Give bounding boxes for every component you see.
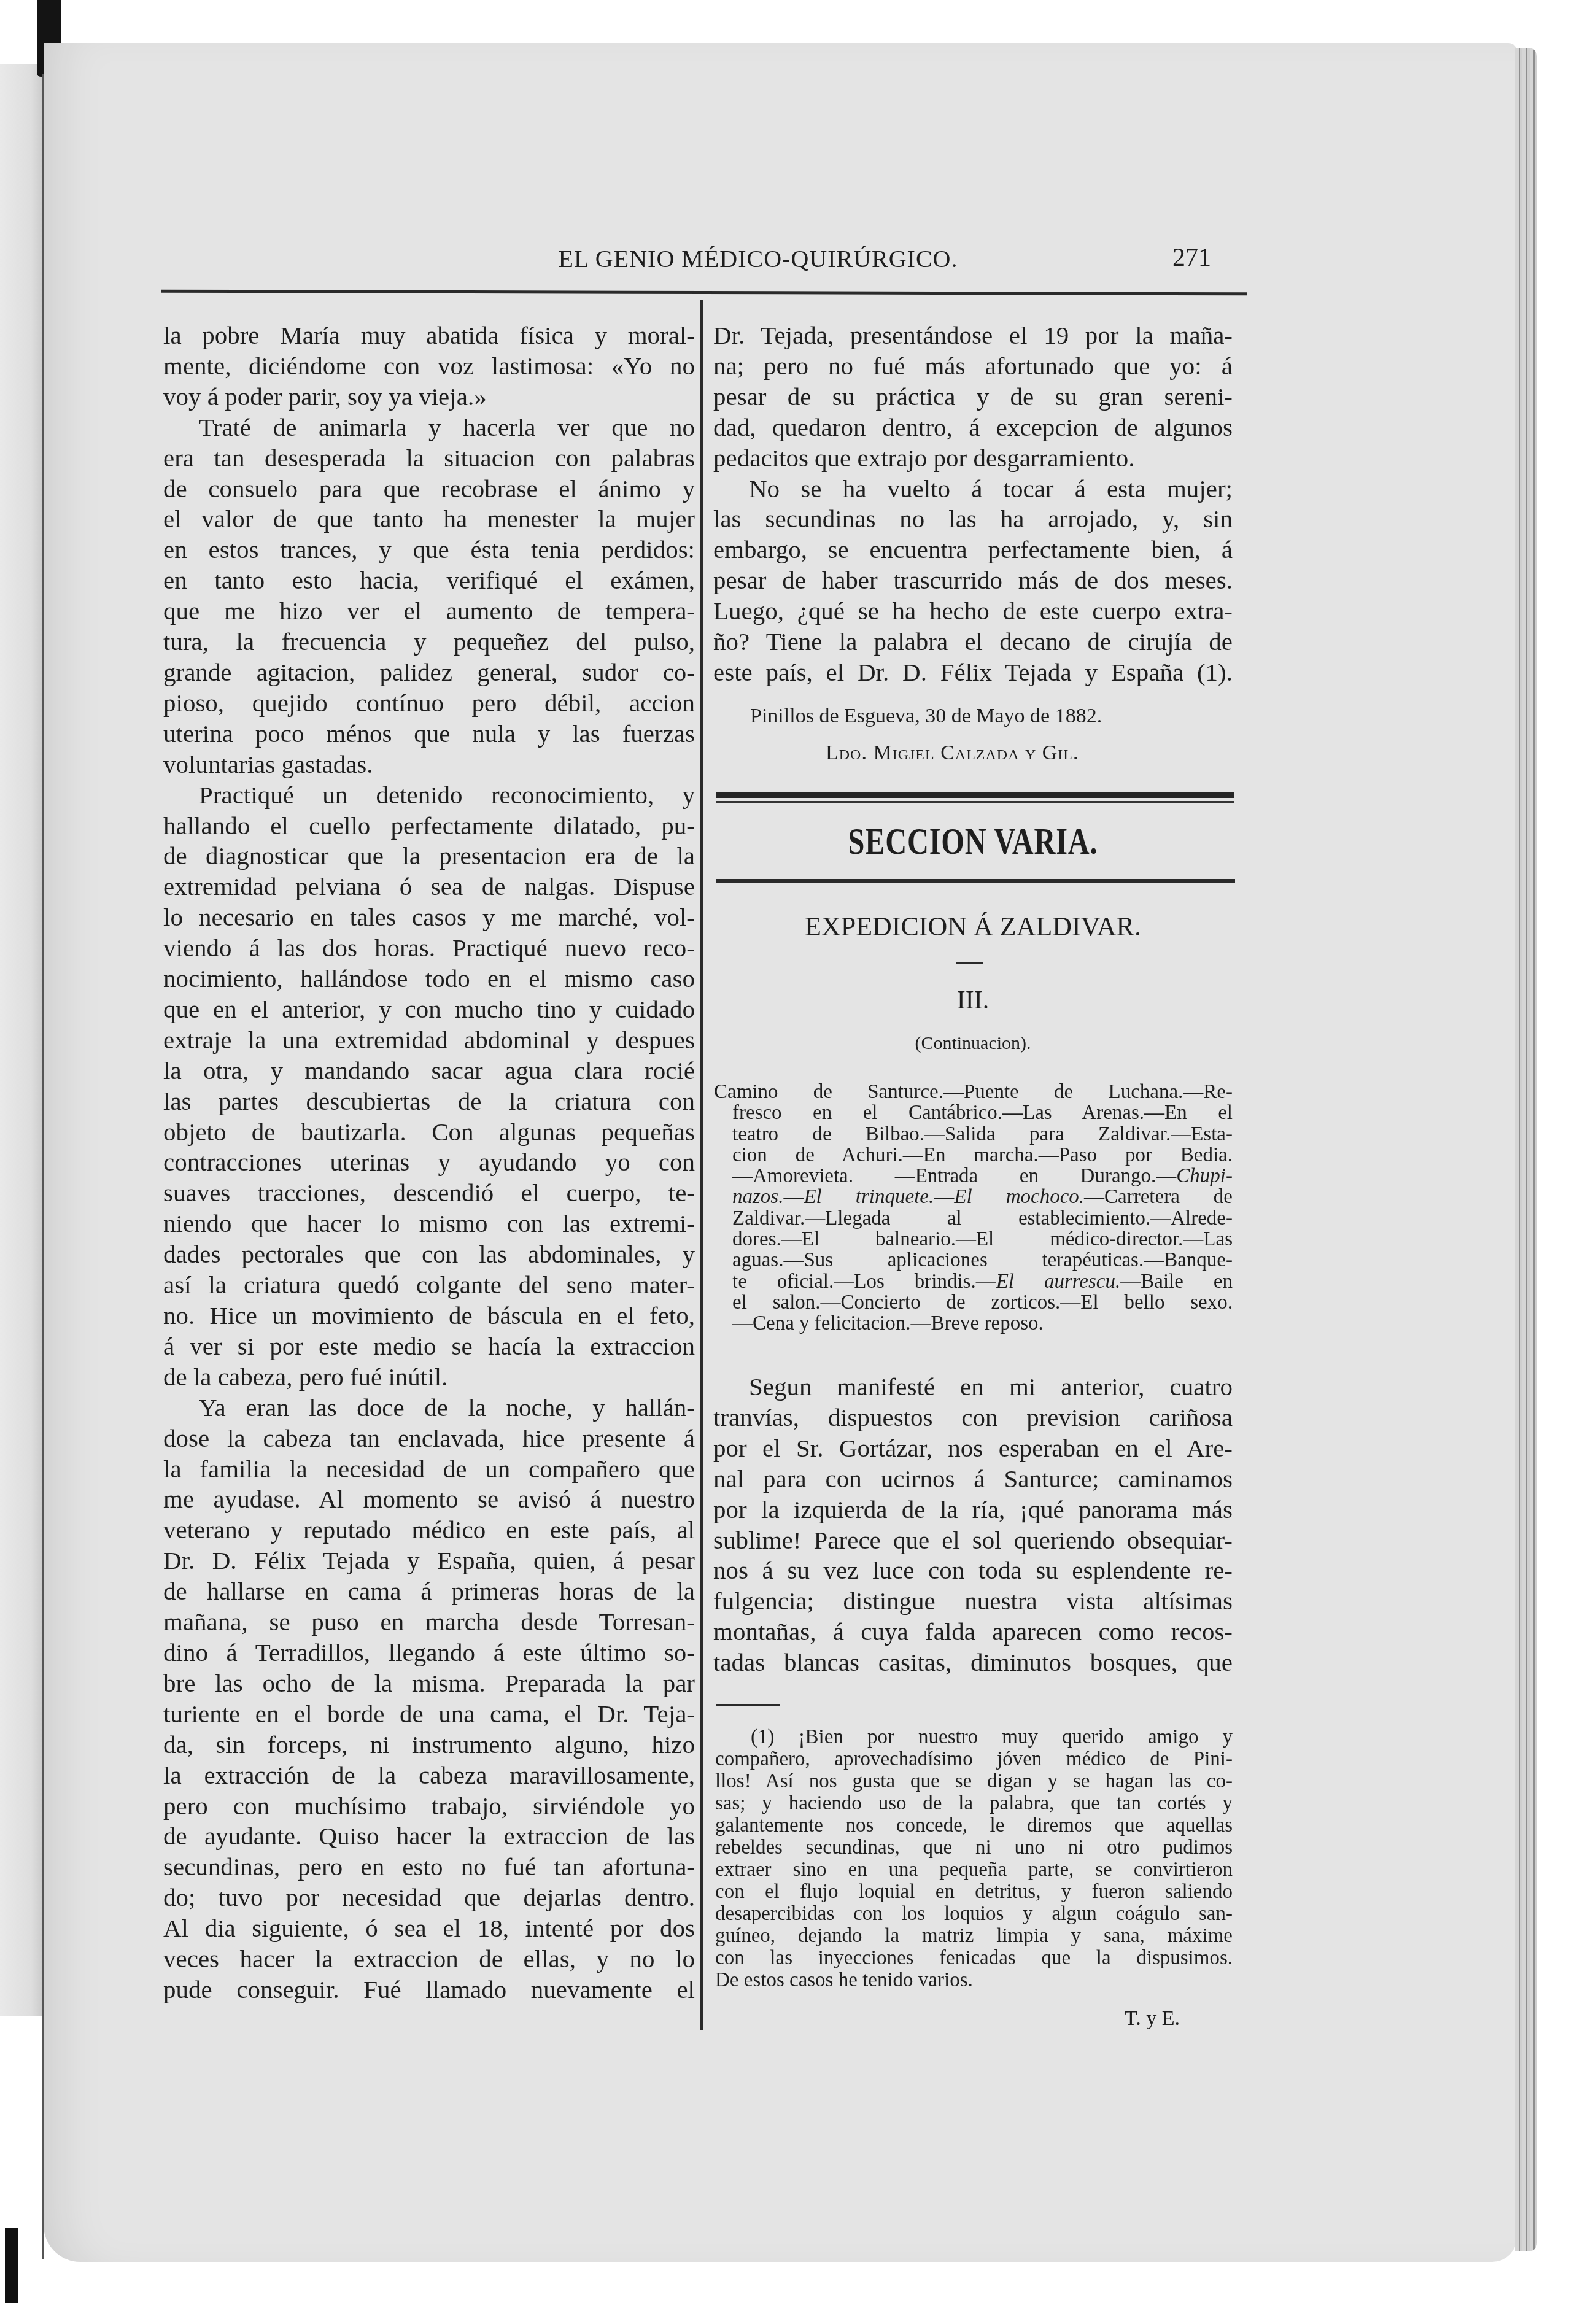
summary-line: Camino de Santurce.—Puente de Luchana.—R… [714,1082,1233,1102]
text-line: secundinas, pero en esto no fué tan afor… [163,1852,695,1883]
section-rule [716,879,1235,883]
right-column-top: Dr. Tejada, presentándose el 19 por la m… [713,320,1233,688]
text-line: de la cabeza, pero fué inútil. [163,1362,695,1393]
summary-line: —Amorevieta. —Entrada en Durango.—Chupi- [714,1166,1233,1186]
text-line: nos á su vez luce con toda su esplendent… [713,1555,1233,1586]
text-line: viendo á las dos horas. Practiqué nuevo … [163,933,695,964]
text-line: ño? Tiene la palabra el decano de cirují… [713,627,1233,657]
summary-text: Camino de Santurce.—Puente de Luchana.—R… [714,1081,1233,1103]
summary-text: — [934,1186,954,1208]
running-title: EL GENIO MÉDICO-QUIRÚRGICO. [558,244,958,273]
text-line: na; pero no fué más afortunado que yo: á [713,351,1233,382]
text-line: la familia la necesidad de un compañero … [163,1454,695,1485]
text-line: grande agitacion, palidez general, sudor… [163,657,695,688]
text-line: que me hizo ver el aumento de tempera- [163,596,695,627]
previous-page-edge [0,64,44,2016]
right-column-body: Segun manifesté en mi anterior, cuatrotr… [713,1372,1233,1678]
text-line: pioso, quejido contínuo pero débil, acci… [163,688,695,719]
text-line: rebeldes secundinas, que ni uno ni otro … [715,1837,1233,1859]
text-line: dino á Terradillos, llegando á este últi… [163,1638,695,1668]
text-line: da, sin forceps, ni instrumento alguno, … [163,1730,695,1760]
text-line: tranvías, dispuestos con prevision cariñ… [713,1403,1233,1433]
text-line: uterina poco ménos que nula y las fuerza… [163,719,695,749]
text-line: las secundinas no las ha arrojado, y, si… [713,504,1233,535]
text-line: dad, quedaron dentro, á excepcion de alg… [713,412,1233,443]
text-line: extraje la una extremidad abdominal y de… [163,1025,695,1056]
summary-line: cion de Achuri.—En marcha.—Paso por Bedi… [714,1145,1233,1166]
summary-line: Zaldivar.—Llegada al establecimiento.—Al… [714,1208,1233,1229]
left-column: la pobre María muy abatida física y mora… [163,320,695,2005]
italic-term: El mochoco. [954,1186,1084,1208]
text-line: me ayudase. Al momento se avisó á nuestr… [163,1484,695,1515]
text-line: guíneo, dejando la matriz limpia y sana,… [715,1925,1233,1947]
bookmark-ribbon-bottom [5,2228,18,2303]
summary-text: fresco en el Cantábrico.—Las Arenas.—En … [732,1102,1233,1124]
summary-line: fresco en el Cantábrico.—Las Arenas.—En … [714,1102,1233,1123]
italic-term: Chupi- [1176,1165,1233,1187]
italic-term: El aurrescu. [996,1271,1121,1293]
text-line: tura, la frecuencia y pequeñez del pulso… [163,627,695,657]
section-double-rule-thick [716,792,1234,798]
summary-text: Zaldivar.—Llegada al establecimiento.—Al… [732,1207,1233,1229]
text-line: este país, el Dr. D. Félix Tejada y Espa… [713,657,1233,688]
text-line: el valor de que tanto ha menester la muj… [163,504,695,535]
text-line: De estos casos he tenido varios. [715,1969,1233,1991]
text-line: Segun manifesté en mi anterior, cuatro [713,1372,1233,1403]
summary-text: aguas.—Sus aplicaciones terapéuticas.—Ba… [732,1249,1233,1271]
summary-text: —Carretera de [1084,1186,1233,1208]
text-line: embargo, se encuentra perfectamente bien… [713,535,1233,565]
text-line: de hallarse en cama á primeras horas de … [163,1576,695,1607]
continuation-note: (Continuacion). [713,1033,1233,1054]
text-line: mente, diciéndome con voz lastimosa: «Yo… [163,351,695,382]
text-line: bre las ocho de la misma. Preparada la p… [163,1668,695,1699]
summary-line: —Cena y felicitacion.—Breve reposo. [714,1313,1233,1334]
text-line: dose la cabeza tan enclavada, hice prese… [163,1423,695,1454]
text-line: la pobre María muy abatida física y mora… [163,320,695,351]
text-line: nocimiento, hallándose todo en el mismo … [163,964,695,994]
text-line: niendo que hacer lo mismo con las extrem… [163,1209,695,1239]
summary-text: — [783,1186,804,1208]
author-signature: Ldo. Migjel Calzada y Gil. [826,741,1079,765]
text-line: en estos trances, y que ésta tenia perdi… [163,535,695,565]
dateline: Pinillos de Esgueva, 30 de Mayo de 1882. [750,705,1102,728]
title-short-rule [956,962,983,964]
text-line: tadas blancas casitas, diminutos bosques… [713,1647,1233,1678]
text-line: Al dia siguiente, ó sea el 18, intenté p… [163,1913,695,1944]
text-line: llos! Así nos gusta que se digan y se ha… [715,1770,1233,1792]
text-line: la extracción de la cabeza maravillosame… [163,1760,695,1791]
footnote-rule [716,1704,780,1706]
text-line: de ayudante. Quiso hacer la extraccion d… [163,1821,695,1852]
summary-text: —Cena y felicitacion.—Breve reposo. [732,1312,1044,1334]
part-number: III. [713,986,1233,1015]
text-line: por el Sr. Gortázar, nos esperaban en el… [713,1433,1233,1464]
text-line: dades pectorales que con las abdominales… [163,1239,695,1270]
text-line: á ver si por este medio se hacía la extr… [163,1331,695,1362]
text-line: sas; y haciendo uso de la palabra, que t… [715,1792,1233,1814]
text-line: do; tuvo por necesidad que dejarlas dent… [163,1883,695,1913]
text-line: pesar de haber trascurrido más de dos me… [713,565,1233,596]
text-line: veces hacer la extraccion de ellas, y no… [163,1944,695,1975]
footnote: (1) ¡Bien por nuestro muy querido amigo … [715,1726,1233,1991]
text-line: turiente en el borde de una cama, el Dr.… [163,1699,695,1730]
text-line: era tan desesperada la situacion con pal… [163,443,695,474]
text-line: Luego, ¿qué se ha hecho de este cuerpo e… [713,596,1233,627]
text-line: (1) ¡Bien por nuestro muy querido amigo … [715,1726,1233,1748]
summary-text: cion de Achuri.—En marcha.—Paso por Bedi… [732,1144,1233,1166]
text-line: en tanto esto hacia, verifiqué el exámen… [163,565,695,596]
summary-text: —Amorevieta. —Entrada en Durango.— [732,1165,1176,1187]
column-divider [700,300,703,2030]
text-line: compañero, aprovechadísimo jóven médico … [715,1748,1233,1770]
text-line: pedacitos que extrajo por desgarramiento… [713,443,1233,474]
italic-term: nazos. [732,1186,783,1208]
text-line: lo necesario en tales casos y me marché,… [163,902,695,933]
text-line: No se ha vuelto á tocar á esta mujer; [713,474,1233,505]
footnote-signature: T. y E. [1125,2007,1180,2030]
summary-text: teatro de Bilbao.—Salida para Zaldivar.—… [732,1123,1233,1145]
summary-line: te oficial.—Los brindis.—El aurrescu.—Ba… [714,1271,1233,1292]
text-line: voy á poder parir, soy ya vieja.» [163,382,695,412]
text-line: Dr. D. Félix Tejada y España, quien, á p… [163,1546,695,1576]
text-line: pude conseguir. Fué llamado nuevamente e… [163,1975,695,2005]
summary-line: el salon.—Concierto de zorticos.—El bell… [714,1292,1233,1313]
text-line: con el flujo loquial en detritus, y fuer… [715,1881,1233,1903]
text-line: mañana, se puso en marcha desde Torresan… [163,1607,695,1638]
text-line: pesar de su práctica y de su gran sereni… [713,382,1233,412]
summary-text: dores.—El balneario.—El médico-director.… [732,1228,1233,1250]
text-line: veterano y reputado médico en este país,… [163,1515,695,1546]
text-line: la otra, y mandando sacar agua clara roc… [163,1056,695,1086]
text-line: pero con muchísimo trabajo, sirviéndole … [163,1791,695,1822]
text-line: desapercibidas con los loquios y algun c… [715,1903,1233,1925]
article-summary: Camino de Santurce.—Puente de Luchana.—R… [714,1082,1233,1334]
text-line: montañas, á cuya falda aparecen como rec… [713,1617,1233,1647]
text-line: no. Hice un movimiento de báscula en el … [163,1301,695,1331]
text-line: fulgencia; distingue nuestra vista altís… [713,1586,1233,1617]
text-line: extraer sino en una pequeña parte, se co… [715,1859,1233,1881]
text-line: galantemente nos concede, le diremos que… [715,1814,1233,1837]
text-line: que en el anterior, y con mucho tino y c… [163,994,695,1025]
text-line: Dr. Tejada, presentándose el 19 por la m… [713,320,1233,351]
text-line: voluntarias gastadas. [163,749,695,780]
page-number: 271 [1172,243,1211,273]
section-title: SECCION VARIA. [770,820,1176,864]
text-line: así la criatura quedó colgante del seno … [163,1270,695,1301]
summary-line: aguas.—Sus aplicaciones terapéuticas.—Ba… [714,1250,1233,1271]
summary-text: te oficial.—Los brindis.— [732,1271,996,1293]
text-line: de diagnosticar que la presentacion era … [163,841,695,872]
text-line: Practiqué un detenido reconocimiento, y [163,780,695,811]
section-double-rule-thin [716,801,1234,803]
text-line: contracciones uterinas y ayudando yo con [163,1147,695,1178]
italic-term: El trinquete. [804,1186,934,1208]
summary-line: teatro de Bilbao.—Salida para Zaldivar.—… [714,1124,1233,1145]
text-line: de consuelo para que recobrase el ánimo … [163,474,695,505]
text-line: Traté de animarla y hacerla ver que no [163,412,695,443]
summary-line: dores.—El balneario.—El médico-director.… [714,1229,1233,1250]
running-header: EL GENIO MÉDICO-QUIRÚRGICO. [0,244,1596,273]
text-line: sublime! Parece que el sol queriendo obs… [713,1525,1233,1556]
text-line: las partes descubiertas de la criatura c… [163,1086,695,1117]
summary-text: —Baile en [1120,1271,1233,1293]
text-line: hallando el cuello perfectamente dilatad… [163,811,695,842]
book-gutter [42,74,44,2259]
text-line: objeto de bautizarla. Con algunas pequeñ… [163,1117,695,1148]
text-line: Ya eran las doce de la noche, y hallán- [163,1393,695,1423]
text-line: con las inyecciones fenicadas que la dis… [715,1947,1233,1969]
article-title: EXPEDICION Á ZALDIVAR. [713,911,1233,942]
page-stack-edges [1515,48,1537,2251]
summary-line: nazos.—El trinquete.—El mochoco.—Carrete… [714,1186,1233,1207]
summary-text: el salon.—Concierto de zorticos.—El bell… [732,1291,1233,1314]
text-line: nal para con ucirnos á Santurce; caminam… [713,1464,1233,1495]
text-line: por la izquierda de la ría, ¡qué panoram… [713,1495,1233,1525]
text-line: suaves tracciones, descendió el cuerpo, … [163,1178,695,1209]
text-line: extremidad pelviana ó sea de nalgas. Dis… [163,872,695,902]
